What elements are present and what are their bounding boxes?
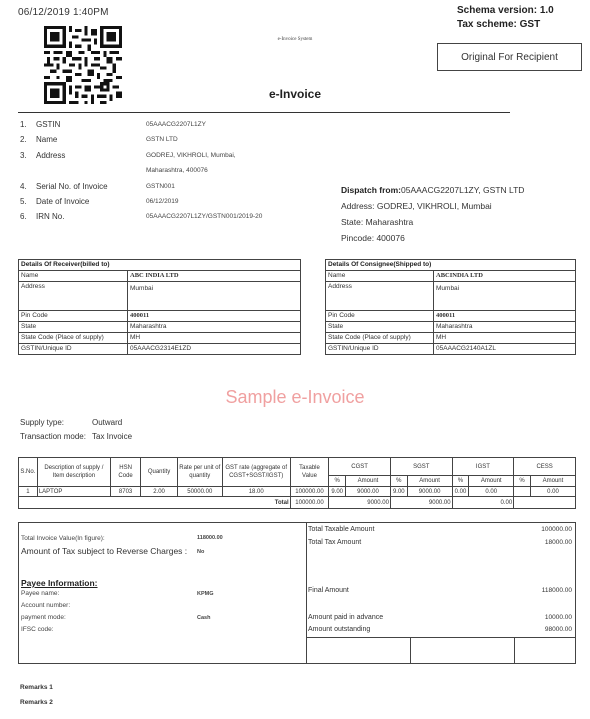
invoice-value: 118000.00 [197, 535, 223, 541]
final-amount-label: Final Amount [308, 587, 349, 594]
field-label: Name [19, 271, 128, 282]
advance-value: 10000.00 [545, 614, 572, 621]
advance-row: Amount paid in advance 10000.00 [307, 614, 573, 624]
outstanding-row: Amount outstanding 98000.00 [307, 626, 573, 636]
sample-watermark: Sample e-Invoice [0, 387, 590, 408]
reverse-charge-label: Amount of Tax subject to Reverse Charges… [21, 546, 187, 556]
supplier-row: 2. Name GSTN LTD [0, 135, 320, 149]
print-timestamp: 06/12/2019 1:40PM [18, 7, 109, 18]
field-value: GODREJ, VIKHROLI, Mumbai, [146, 152, 236, 159]
schema-version: Schema version: 1.0 [457, 4, 554, 18]
col-header-igst: IGST [452, 458, 514, 476]
dispatch-address: Address: GODREJ, VIKHROLI, Mumbai [341, 198, 524, 214]
dispatch-from-label: Dispatch from: [341, 185, 401, 195]
field-value: ABCINDIA LTD [434, 271, 576, 282]
invoice-value-label: Total Invoice Value(In figure): [21, 535, 105, 542]
row-number: 1. [20, 120, 27, 129]
col-header-sgst: SGST [390, 458, 452, 476]
supply-type-value: Outward [92, 418, 122, 427]
payment-mode-value: Cash [197, 615, 210, 621]
field-value: MH [434, 333, 576, 344]
summary-section: Total Invoice Value(In figure): 118000.0… [18, 522, 576, 664]
col-header-sno: S.No. [19, 458, 38, 487]
cell-sno: 1 [19, 487, 38, 497]
advance-label: Amount paid in advance [308, 614, 383, 621]
total-row: Total 100000.00 9000.00 9000.00 0.00 [19, 497, 576, 509]
receiver-heading: Details Of Receiver(billed to) [19, 260, 301, 271]
col-header-percent: % [514, 476, 531, 487]
cell-sgst-amount: 9000.00 [407, 487, 452, 497]
dispatch-from-value: 05AAACG2207L1ZY, GSTN LTD [401, 185, 524, 195]
page-title: e-Invoice [0, 87, 590, 101]
cell-gst-rate: 18.00 [222, 487, 290, 497]
field-value: Mumbai [128, 282, 301, 311]
field-value: MH [128, 333, 301, 344]
total-tax-label: Total Tax Amount [308, 539, 361, 546]
field-label: Name [36, 135, 57, 144]
summary-right: Total Taxable Amount 100000.00 Total Tax… [307, 523, 575, 663]
col-header-quantity: Quantity [141, 458, 178, 487]
signature-cell [411, 638, 515, 663]
supplier-row: 5. Date of Invoice 06/12/2019 [0, 197, 320, 211]
field-label: State Code (Place of supply) [19, 333, 128, 344]
field-value: Maharashtra [434, 322, 576, 333]
consignee-table: Details Of Consignee(Shipped to) NameABC… [325, 259, 576, 355]
total-tax-value: 18000.00 [545, 539, 572, 546]
total-label: Total [19, 497, 291, 509]
col-header-cgst: CGST [329, 458, 391, 476]
field-value: Maharashtra, 400076 [146, 167, 208, 174]
supply-type-label: Supply type: [20, 416, 92, 430]
row-number: 2. [20, 135, 27, 144]
col-header-description: Description of supply / Item description [37, 458, 110, 487]
field-value: 400011 [128, 311, 301, 322]
outstanding-label: Amount outstanding [308, 626, 370, 633]
account-number-label: Account number: [21, 602, 70, 609]
field-value: 05AAACG2140A1ZL [434, 344, 576, 355]
dispatch-pincode: Pincode: 400076 [341, 230, 524, 246]
dispatch-info: Dispatch from:05AAACG2207L1ZY, GSTN LTD … [341, 182, 524, 246]
supplier-row: 1. GSTIN 05AAACG2207L1ZY [0, 120, 320, 134]
payee-name-value: KPMG [197, 591, 214, 597]
col-header-rate: Rate per unit of quantity [177, 458, 222, 487]
col-header-amount: Amount [469, 476, 514, 487]
supplier-row: 3. Address GODREJ, VIKHROLI, Mumbai, [0, 151, 320, 165]
field-label: Address [36, 151, 65, 160]
payee-heading: Payee Information: [21, 578, 98, 588]
total-taxable-row: Total Taxable Amount 100000.00 [307, 526, 573, 536]
remarks: Remarks 1 Remarks 2 [20, 680, 53, 710]
consignee-heading: Details Of Consignee(Shipped to) [326, 260, 576, 271]
outstanding-value: 98000.00 [545, 626, 572, 633]
cell-description: LAPTOP [37, 487, 110, 497]
cell-cgst-amount: 9000.00 [346, 487, 391, 497]
field-value: 05AAACG2207L1ZY [146, 121, 206, 128]
cell-cess-pct [514, 487, 531, 497]
schema-info: Schema version: 1.0 Tax scheme: GST [457, 4, 554, 32]
payment-mode-label: payment mode: [21, 614, 66, 621]
supply-info: Supply type:Outward Transaction mode:Tax… [20, 416, 132, 444]
dispatch-state: State: Maharashtra [341, 214, 524, 230]
cell-taxable: 100000.00 [290, 487, 329, 497]
col-header-amount: Amount [530, 476, 575, 487]
items-table: S.No. Description of supply / Item descr… [18, 457, 576, 509]
tax-scheme: Tax scheme: GST [457, 18, 554, 32]
cell-sgst-pct: 9.00 [390, 487, 407, 497]
row-number: 4. [20, 182, 27, 191]
field-value: 400011 [434, 311, 576, 322]
total-tax-row: Total Tax Amount 18000.00 [307, 539, 573, 549]
total-cess [514, 497, 576, 509]
field-label: State [19, 322, 128, 333]
transaction-mode-label: Transaction mode: [20, 430, 92, 444]
field-value: 05AAACG2207L1ZY/GSTN001/2019-20 [146, 213, 262, 220]
cell-igst-pct: 0.00 [452, 487, 469, 497]
transaction-mode-value: Tax Invoice [92, 432, 132, 441]
cell-cess-amount: 0.00 [530, 487, 575, 497]
remark-item: Remarks 2 [20, 695, 53, 710]
total-taxable-label: Total Taxable Amount [308, 526, 374, 533]
cell-cgst-pct: 9.00 [329, 487, 346, 497]
col-header-gst-rate: GST rate (aggregate of CGST+SGST/IGST) [222, 458, 290, 487]
signature-cell [307, 638, 411, 663]
header-divider [18, 112, 510, 113]
cell-quantity: 2.00 [141, 487, 178, 497]
cell-hsn: 8703 [110, 487, 140, 497]
reverse-charge-value: No [197, 549, 204, 555]
field-label: State Code (Place of supply) [326, 333, 434, 344]
remark-item: Remarks 1 [20, 680, 53, 695]
ifsc-label: IFSC code: [21, 626, 54, 633]
field-label: GSTIN/Unique ID [326, 344, 434, 355]
total-taxable-value: 100000.00 [541, 526, 572, 533]
col-header-percent: % [452, 476, 469, 487]
field-value: 06/12/2019 [146, 198, 179, 205]
row-number: 5. [20, 197, 27, 206]
field-value: GSTN001 [146, 183, 175, 190]
supplier-row: 6. IRN No. 05AAACG2207L1ZY/GSTN001/2019-… [0, 212, 320, 226]
receiver-table: Details Of Receiver(billed to) NameABC I… [18, 259, 301, 355]
row-number: 3. [20, 151, 27, 160]
cell-igst-amount: 0.00 [469, 487, 514, 497]
field-label: Date of Invoice [36, 197, 89, 206]
supplier-row: 4. Serial No. of Invoice GSTN001 [0, 182, 320, 196]
field-label: Serial No. of Invoice [36, 182, 108, 191]
field-value: 05AAACG2314E1ZD [128, 344, 301, 355]
field-label: GSTIN/Unique ID [19, 344, 128, 355]
col-header-percent: % [390, 476, 407, 487]
col-header-amount: Amount [407, 476, 452, 487]
col-header-percent: % [329, 476, 346, 487]
final-amount-value: 118000.00 [542, 587, 572, 594]
table-row: 1 LAPTOP 8703 2.00 50000.00 18.00 100000… [19, 487, 576, 497]
field-value: GSTN LTD [146, 136, 178, 143]
col-header-amount: Amount [346, 476, 391, 487]
row-number: 6. [20, 212, 27, 221]
field-value: Mumbai [434, 282, 576, 311]
total-igst: 0.00 [452, 497, 514, 509]
cell-rate: 50000.00 [177, 487, 222, 497]
field-label: State [326, 322, 434, 333]
field-label: GSTIN [36, 120, 60, 129]
field-label: Pin Code [19, 311, 128, 322]
summary-left: Total Invoice Value(In figure): 118000.0… [19, 523, 307, 663]
final-amount-row: Final Amount 118000.00 [307, 587, 573, 597]
signature-cell [515, 638, 575, 663]
field-label: Address [326, 282, 434, 311]
field-label: Pin Code [326, 311, 434, 322]
field-value: ABC INDIA LTD [128, 271, 301, 282]
total-cgst: 9000.00 [329, 497, 391, 509]
field-label: Name [326, 271, 434, 282]
col-header-cess: CESS [514, 458, 576, 476]
col-header-taxable-value: Taxable Value [290, 458, 329, 487]
field-label: Address [19, 282, 128, 311]
signature-row [307, 637, 575, 663]
total-taxable: 100000.00 [290, 497, 329, 509]
system-name: e-Invoice System [0, 37, 590, 42]
supplier-row: Maharashtra, 400076 [0, 166, 320, 180]
col-header-hsn: HSN Code [110, 458, 140, 487]
total-sgst: 9000.00 [390, 497, 452, 509]
payee-name-label: Payee name: [21, 590, 59, 597]
field-value: Maharashtra [128, 322, 301, 333]
copy-label-box: Original For Recipient [437, 43, 582, 71]
field-label: IRN No. [36, 212, 64, 221]
